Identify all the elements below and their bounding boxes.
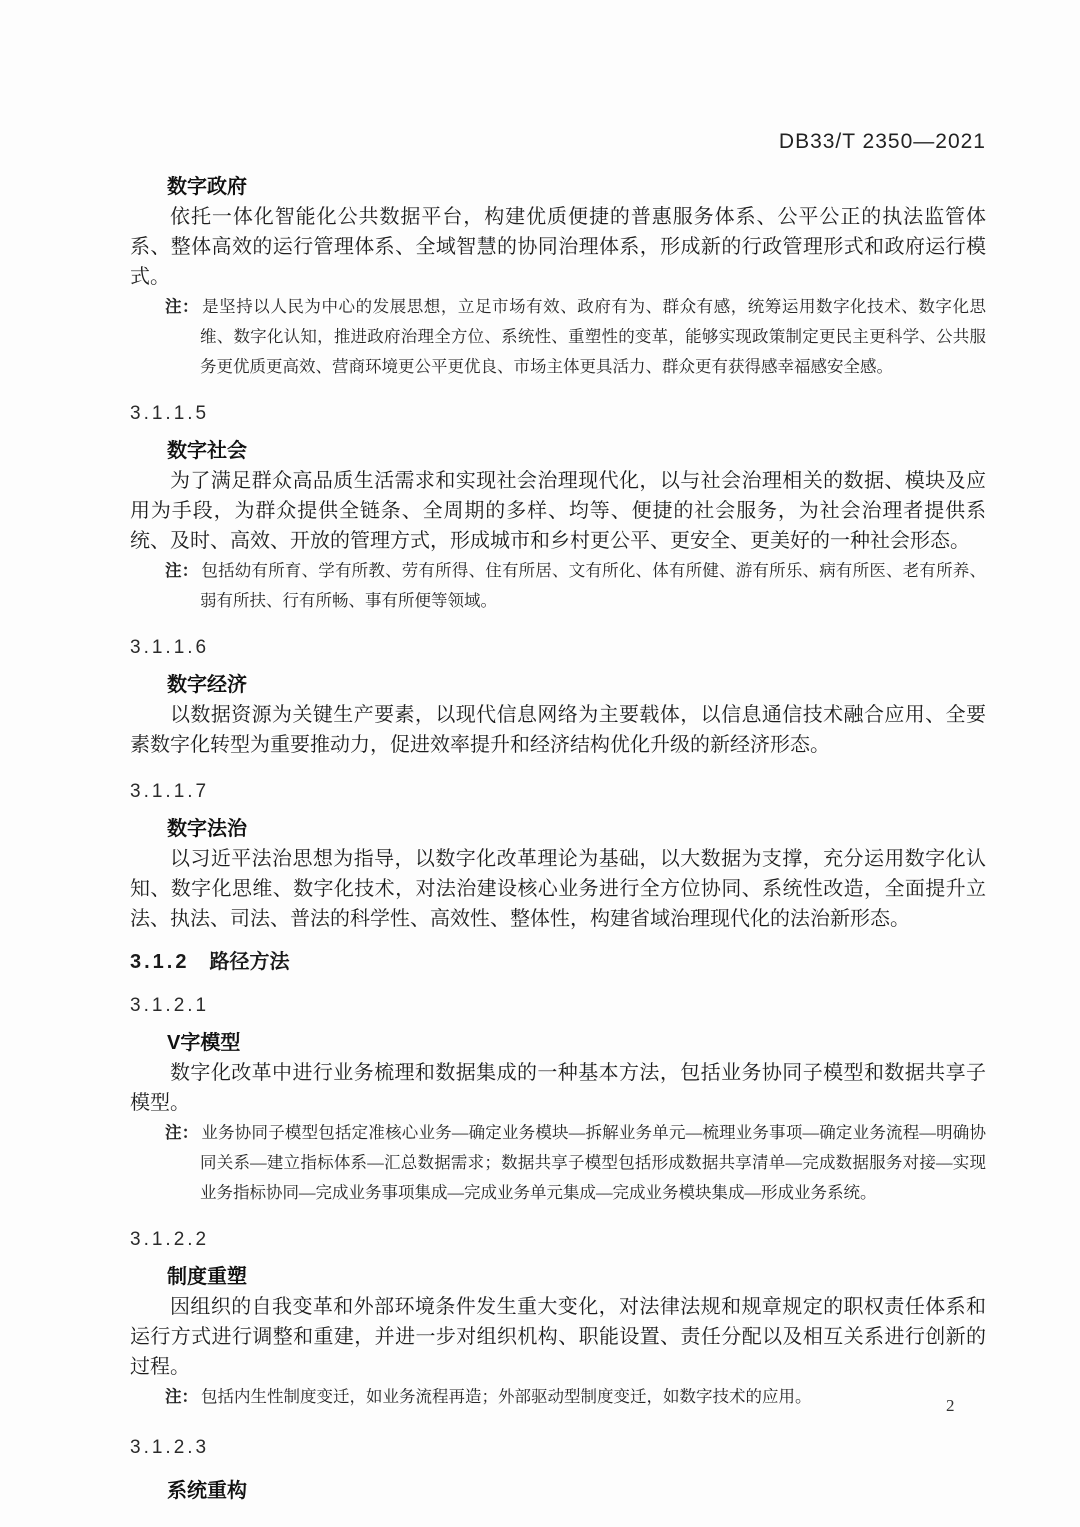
term-heading-v-model: V字模型 (130, 1028, 986, 1058)
term-note: 注：业务协同子模型包括定准核心业务—确定业务模块—拆解业务单元—梳理业务事项—确… (130, 1118, 986, 1208)
term-definition: 以数据资源为关键生产要素，以现代信息网络为主要载体，以信息通信技术融合应用、全要… (130, 700, 986, 760)
term-definition: 以习近平法治思想为指导，以数字化改革理论为基础，以大数据为支撑，充分运用数字化认… (130, 844, 986, 934)
page-content: DB33/T 2350—2021 数字政府 依托一体化智能化公共数据平台，构建优… (130, 130, 986, 1506)
document-code-header: DB33/T 2350—2021 (130, 130, 986, 154)
note-label: 注： (165, 1388, 198, 1406)
page-number: 2 (946, 1396, 955, 1416)
note-text: 包括内生性制度变迁，如业务流程再造；外部驱动型制度变迁，如数字技术的应用。 (201, 1387, 812, 1406)
note-text: 包括幼有所育、学有所教、劳有所得、住有所居、文有所化、体有所健、游有所乐、病有所… (200, 561, 986, 610)
term-definition: 因组织的自我变革和外部环境条件发生重大变化，对法律法规和规章规定的职权责任体系和… (130, 1292, 986, 1382)
clause-number-3-1-1-5: 3.1.1.5 (130, 402, 986, 426)
note-text: 业务协同子模型包括定准核心业务—确定业务模块—拆解业务单元—梳理业务事项—确定业… (200, 1123, 986, 1202)
term-heading-digital-government: 数字政府 (130, 172, 986, 202)
term-heading-institutional-reshaping: 制度重塑 (130, 1262, 986, 1292)
term-note: 注：是坚持以人民为中心的发展思想，立足市场有效、政府有为、群众有感，统筹运用数字… (130, 292, 986, 382)
clause-number-3-1-1-7: 3.1.1.7 (130, 780, 986, 804)
term-heading-system-restructuring: 系统重构 (130, 1476, 986, 1506)
subsection-title: 路径方法 (209, 951, 289, 973)
note-label: 注： (165, 1124, 198, 1142)
term-definition: 依托一体化智能化公共数据平台，构建优质便捷的普惠服务体系、公平公正的执法监管体系… (130, 202, 986, 292)
clause-number-3-1-2-2: 3.1.2.2 (130, 1228, 986, 1252)
term-note: 注：包括内生性制度变迁，如业务流程再造；外部驱动型制度变迁，如数字技术的应用。 (130, 1382, 986, 1412)
term-heading-digital-rule-of-law: 数字法治 (130, 814, 986, 844)
clause-number-3-1-2-1: 3.1.2.1 (130, 994, 986, 1018)
term-definition: 数字化改革中进行业务梳理和数据集成的一种基本方法，包括业务协同子模型和数据共享子… (130, 1058, 986, 1118)
term-definition: 为了满足群众高品质生活需求和实现社会治理现代化，以与社会治理相关的数据、模块及应… (130, 466, 986, 556)
subsection-heading-path-methods: 3.1.2路径方法 (130, 950, 986, 974)
term-heading-digital-society: 数字社会 (130, 436, 986, 466)
term-note: 注：包括幼有所育、学有所教、劳有所得、住有所居、文有所化、体有所健、游有所乐、病… (130, 556, 986, 616)
subsection-number: 3.1.2 (130, 951, 189, 973)
note-text: 是坚持以人民为中心的发展思想，立足市场有效、政府有为、群众有感，统筹运用数字化技… (200, 297, 986, 376)
clause-number-3-1-2-3: 3.1.2.3 (130, 1436, 986, 1460)
note-label: 注： (165, 298, 199, 316)
note-label: 注： (165, 562, 198, 580)
term-heading-digital-economy: 数字经济 (130, 670, 986, 700)
document-page: DB33/T 2350—2021 数字政府 依托一体化智能化公共数据平台，构建优… (0, 0, 1080, 1527)
clause-number-3-1-1-6: 3.1.1.6 (130, 636, 986, 660)
